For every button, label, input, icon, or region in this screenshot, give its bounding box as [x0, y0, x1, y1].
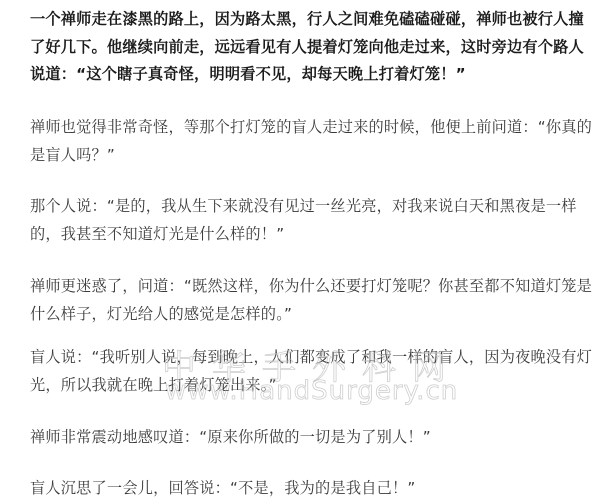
paragraph-intro: 一个禅师走在漆黑的路上，因为路太黑，行人之间难免磕磕碰碰，禅师也被行人撞了好几下… [30, 6, 595, 89]
paragraph-zen-master-confused: 禅师更迷惑了，问道：“既然这样，你为什么还要打灯笼呢？你甚至都不知道灯笼是什么样… [30, 273, 595, 328]
paragraph-blind-man-conclusion: 盲人沉思了一会儿，回答说：“不是，我为的是我自己！” [30, 475, 595, 502]
paragraph-zen-master-asks: 禅师也觉得非常奇怪，等那个打灯笼的盲人走过来的时候，他便上前问道：“你真的是盲人… [30, 114, 595, 169]
paragraph-blind-man-answers: 那个人说：“是的，我从生下来就没有见过一丝光亮，对我来说白天和黑夜是一样的，我甚… [30, 193, 595, 248]
paragraph-zen-master-moved: 禅师非常震动地感叹道：“原来你所做的一切是为了别人！” [30, 424, 595, 452]
paragraph-blind-man-explains: 盲人说：“我听别人说，每到晚上，人们都变成了和我一样的盲人，因为夜晚没有灯光，所… [30, 344, 595, 399]
